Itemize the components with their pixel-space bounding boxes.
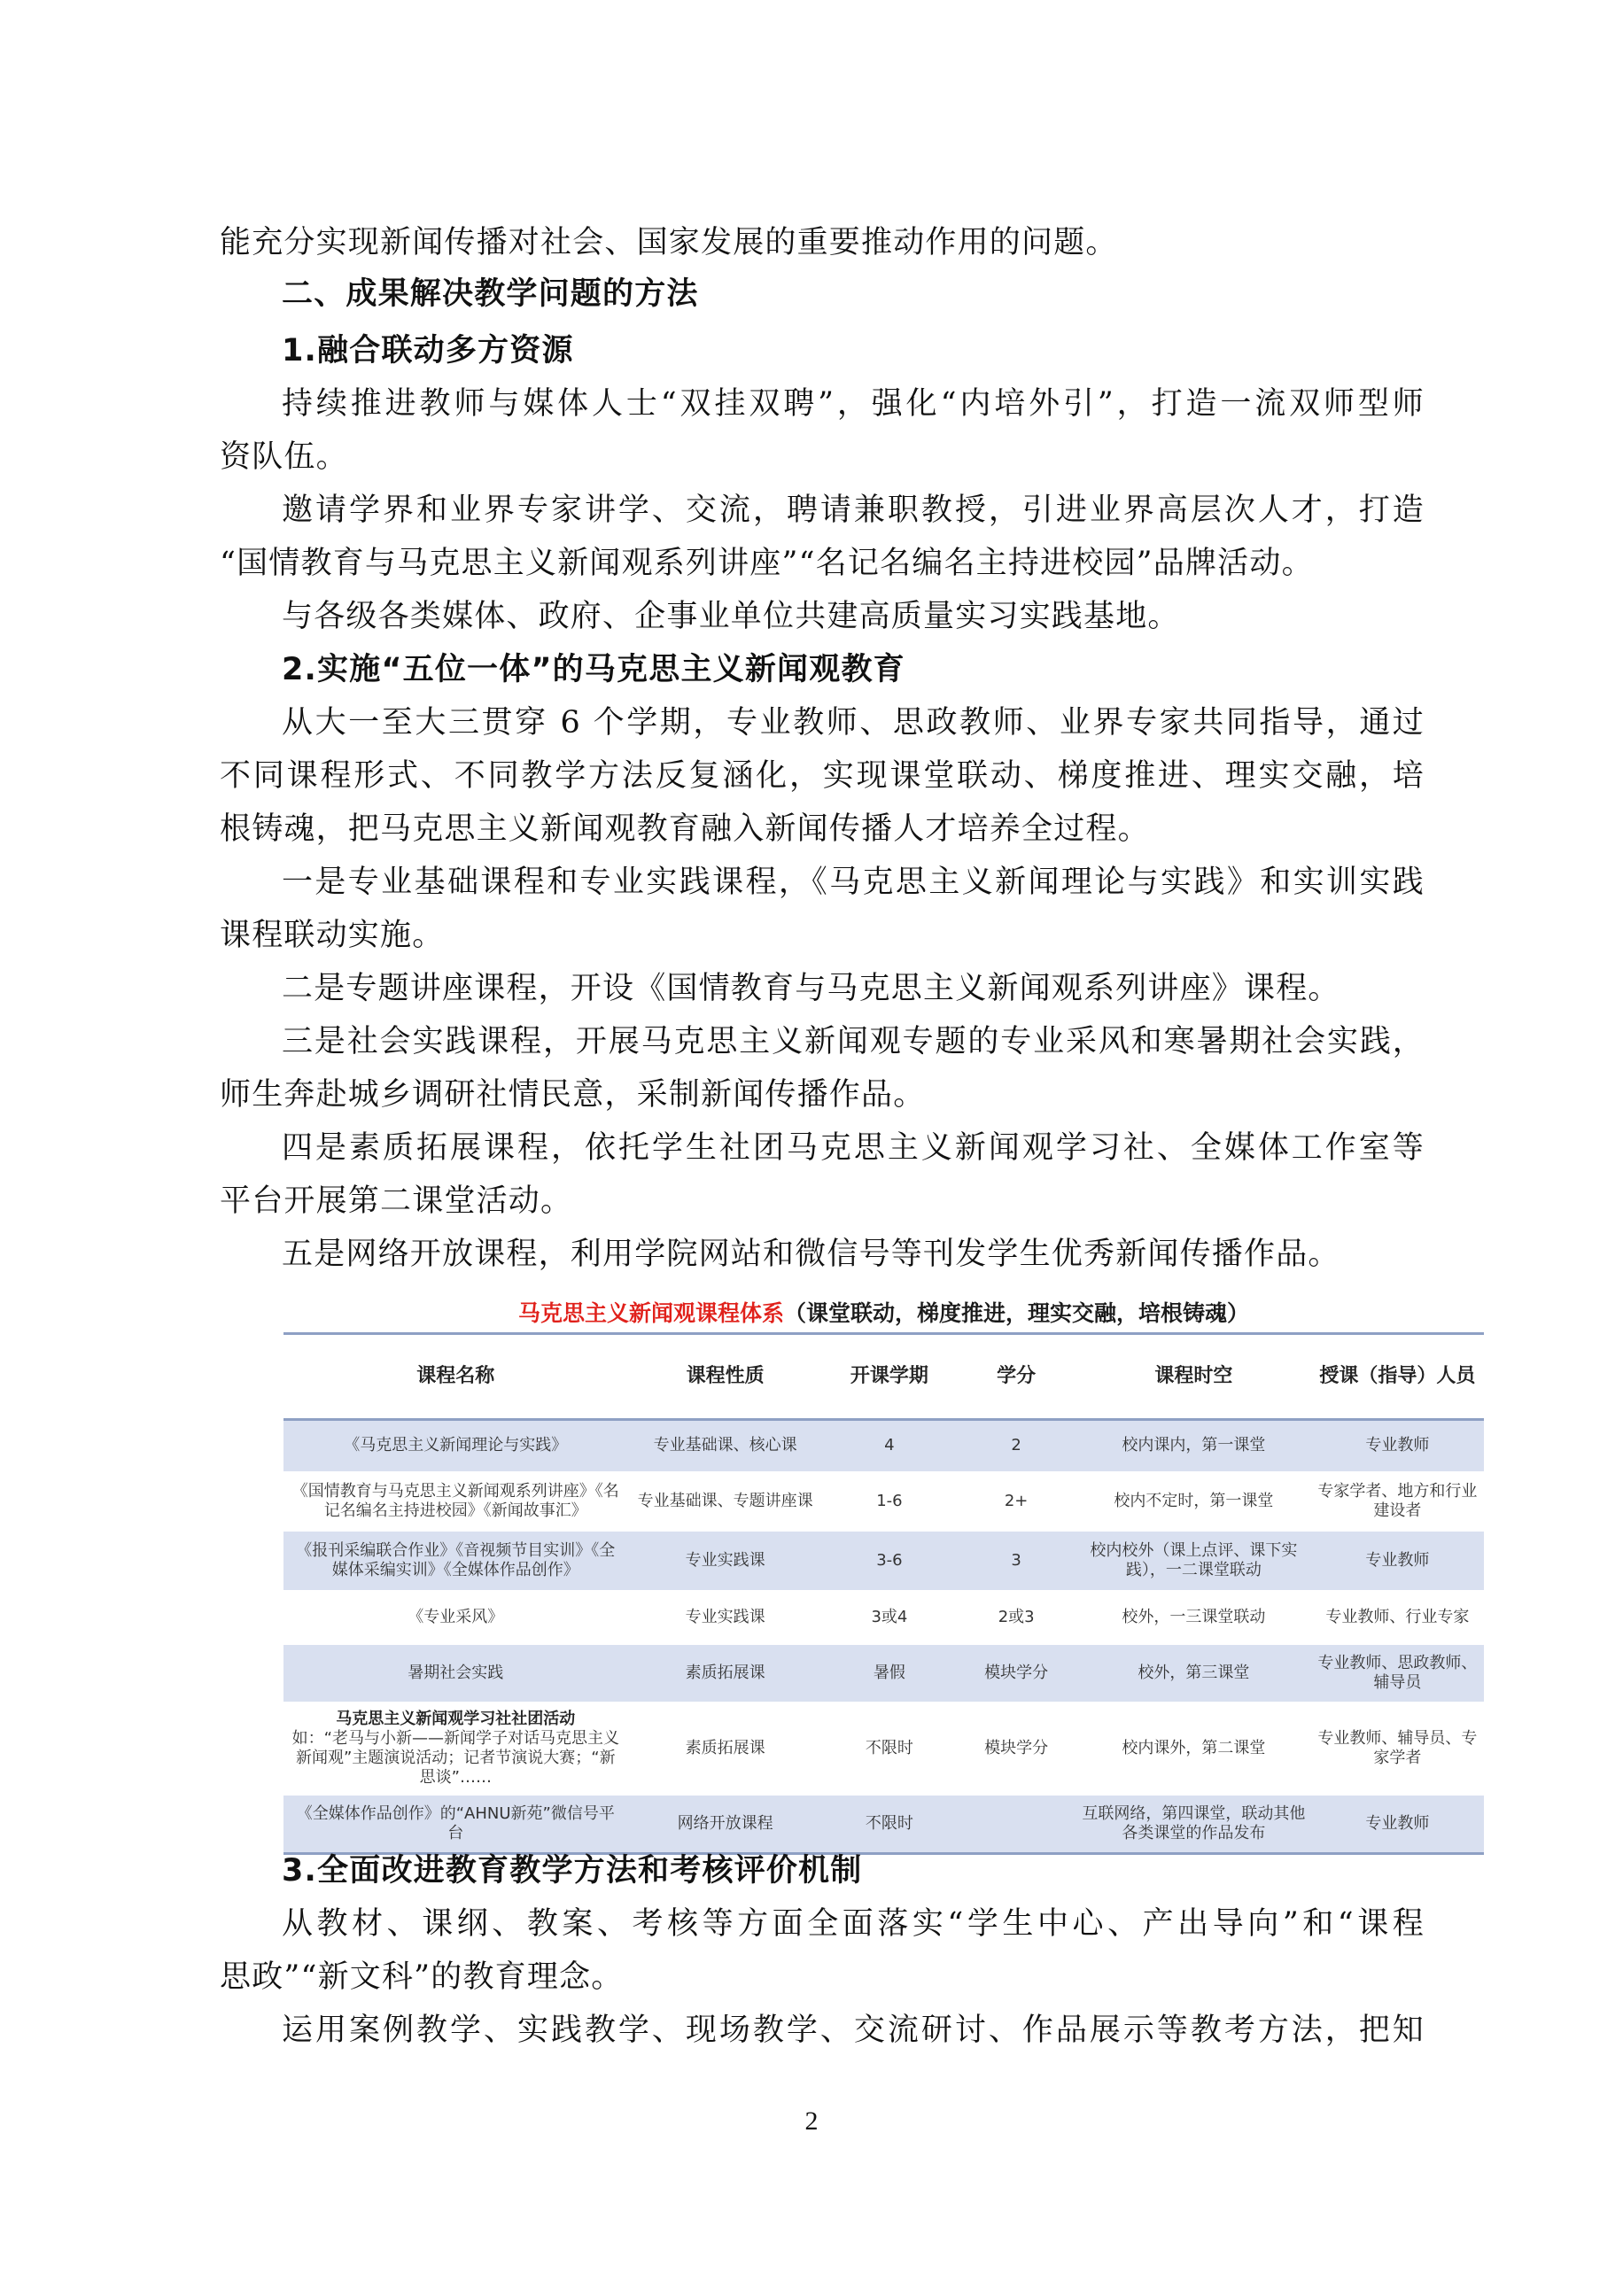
section-heading: 二、成果解决教学问题的方法 bbox=[282, 276, 699, 312]
cell-term: 1-6 bbox=[823, 1471, 957, 1532]
cell-staff: 专家学者、地方和行业建设者 bbox=[1311, 1471, 1484, 1532]
cell-staff: 专业教师 bbox=[1311, 1796, 1484, 1854]
section-heading: 2.实施“五位一体”的马克思主义新闻观教育 bbox=[282, 652, 905, 687]
cell-name: 《报刊采编联合作业》《音视频节目实训》《全媒体采编实训》《全媒体作品创作》 bbox=[283, 1532, 628, 1590]
paragraph-line: 课程联动实施。 bbox=[220, 918, 444, 953]
paragraph-line: 一是专业基础课程和专业实践课程，《马克思主义新闻理论与实践》和实训实践 bbox=[282, 865, 1425, 900]
cell-credit: 3 bbox=[956, 1532, 1076, 1590]
cell-name: 《国情教育与马克思主义新闻观系列讲座》《名记名编名主持进校园》《新闻故事汇》 bbox=[283, 1471, 628, 1532]
paragraph-line: 不同课程形式、不同教学方法反复涵化，实现课堂联动、梯度推进、理实交融，培 bbox=[220, 758, 1425, 794]
header-credit: 学分 bbox=[956, 1334, 1076, 1420]
cell-credit: 2+ bbox=[956, 1471, 1076, 1532]
header-term: 开课学期 bbox=[823, 1334, 957, 1420]
cell-term: 3或4 bbox=[823, 1590, 957, 1645]
section-heading: 1.融合联动多方资源 bbox=[282, 333, 574, 368]
cell-staff: 专业教师、思政教师、辅导员 bbox=[1311, 1645, 1484, 1702]
cell-name: 马克思主义新闻观学习社社团活动如：“老马与小新——新闻学子对话马克思主义新闻观”… bbox=[283, 1702, 628, 1796]
paragraph-line: 与各级各类媒体、政府、企事业单位共建高质量实习实践基地。 bbox=[282, 599, 1180, 634]
table-row: 《全媒体作品创作》的“AHNU新苑”微信号平台网络开放课程不限时互联网络，第四课… bbox=[283, 1796, 1484, 1854]
table-title-main: 马克思主义新闻观课程体系 bbox=[518, 1300, 784, 1326]
cell-credit bbox=[956, 1796, 1076, 1854]
cell-credit: 2或3 bbox=[956, 1590, 1076, 1645]
paragraph-line: 五是网络开放课程，利用学院网站和微信号等刊发学生优秀新闻传播作品。 bbox=[282, 1237, 1340, 1272]
cell-space: 校外，一三课堂联动 bbox=[1076, 1590, 1311, 1645]
table-row: 《马克思主义新闻理论与实践》专业基础课、核心课42校内课内，第一课堂专业教师 bbox=[283, 1420, 1484, 1471]
cell-space: 互联网络，第四课堂，联动其他各类课堂的作品发布 bbox=[1076, 1796, 1311, 1854]
header-staff: 授课（指导）人员 bbox=[1311, 1334, 1484, 1420]
table-header-row: 课程名称 课程性质 开课学期 学分 课程时空 授课（指导）人员 bbox=[283, 1334, 1484, 1420]
paragraph-line: 平台开展第二课堂活动。 bbox=[220, 1183, 572, 1219]
cell-nature: 网络开放课程 bbox=[628, 1796, 823, 1854]
table-row: 暑期社会实践素质拓展课暑假模块学分校外，第三课堂专业教师、思政教师、辅导员 bbox=[283, 1645, 1484, 1702]
table-row: 《国情教育与马克思主义新闻观系列讲座》《名记名编名主持进校园》《新闻故事汇》专业… bbox=[283, 1471, 1484, 1532]
paragraph-line: 能充分实现新闻传播对社会、国家发展的重要推动作用的问题。 bbox=[220, 225, 1118, 260]
table-row: 《报刊采编联合作业》《音视频节目实训》《全媒体采编实训》《全媒体作品创作》专业实… bbox=[283, 1532, 1484, 1590]
cell-space: 校内课内，第一课堂 bbox=[1076, 1420, 1311, 1471]
document-page: 能充分实现新闻传播对社会、国家发展的重要推动作用的问题。二、成果解决教学问题的方… bbox=[0, 0, 1623, 2296]
cell-nature: 专业实践课 bbox=[628, 1532, 823, 1590]
paragraph-line: 思政”“新文科”的教育理念。 bbox=[220, 1959, 623, 1995]
cell-staff: 专业教师 bbox=[1311, 1532, 1484, 1590]
paragraph-line: 二是专题讲座课程，开设《国情教育与马克思主义新闻观系列讲座》课程。 bbox=[282, 971, 1340, 1006]
header-course-name: 课程名称 bbox=[283, 1334, 628, 1420]
cell-credit: 模块学分 bbox=[956, 1702, 1076, 1796]
course-system-table-figure: 马克思主义新闻观课程体系（课堂联动，梯度推进，理实交融，培根铸魂） 课程名称 课… bbox=[283, 1295, 1484, 1855]
table-row: 马克思主义新闻观学习社社团活动如：“老马与小新——新闻学子对话马克思主义新闻观”… bbox=[283, 1702, 1484, 1796]
cell-name-bold: 马克思主义新闻观学习社社团活动 bbox=[289, 1710, 623, 1729]
cell-nature: 素质拓展课 bbox=[628, 1645, 823, 1702]
section-heading: 3.全面改进教育教学方法和考核评价机制 bbox=[282, 1853, 862, 1889]
cell-name: 暑期社会实践 bbox=[283, 1645, 628, 1702]
course-system-table: 课程名称 课程性质 开课学期 学分 课程时空 授课（指导）人员 《马克思主义新闻… bbox=[283, 1332, 1484, 1855]
table-row: 《专业采风》专业实践课3或42或3校外，一三课堂联动专业教师、行业专家 bbox=[283, 1590, 1484, 1645]
cell-name: 《马克思主义新闻理论与实践》 bbox=[283, 1420, 628, 1471]
paragraph-line: 运用案例教学、实践教学、现场教学、交流研讨、作品展示等教考方法，把知 bbox=[282, 2013, 1425, 2048]
paragraph-line: 资队伍。 bbox=[220, 439, 348, 475]
cell-space: 校内校外（课上点评、课下实践），一二课堂联动 bbox=[1076, 1532, 1311, 1590]
cell-name-detail: 如：“老马与小新——新闻学子对话马克思主义新闻观”主题演说活动；记者节演说大赛；… bbox=[289, 1729, 623, 1788]
header-time-space: 课程时空 bbox=[1076, 1334, 1311, 1420]
cell-term: 暑假 bbox=[823, 1645, 957, 1702]
cell-space: 校内不定时，第一课堂 bbox=[1076, 1471, 1311, 1532]
paragraph-line: 四是素质拓展课程，依托学生社团马克思主义新闻观学习社、全媒体工作室等 bbox=[282, 1130, 1425, 1166]
cell-name: 《全媒体作品创作》的“AHNU新苑”微信号平台 bbox=[283, 1796, 628, 1854]
cell-staff: 专业教师 bbox=[1311, 1420, 1484, 1471]
cell-term: 不限时 bbox=[823, 1702, 957, 1796]
paragraph-line: 师生奔赴城乡调研社情民意，采制新闻传播作品。 bbox=[220, 1077, 925, 1113]
cell-nature: 专业实践课 bbox=[628, 1590, 823, 1645]
cell-space: 校内课外，第二课堂 bbox=[1076, 1702, 1311, 1796]
cell-nature: 专业基础课、专题讲座课 bbox=[628, 1471, 823, 1532]
cell-credit: 2 bbox=[956, 1420, 1076, 1471]
cell-term: 3-6 bbox=[823, 1532, 957, 1590]
paragraph-line: 从大一至大三贯穿 6 个学期，专业教师、思政教师、业界专家共同指导，通过 bbox=[282, 705, 1425, 741]
cell-nature: 素质拓展课 bbox=[628, 1702, 823, 1796]
table-title-subtitle: （课堂联动，梯度推进，理实交融，培根铸魂） bbox=[784, 1300, 1249, 1326]
paragraph-line: 邀请学界和业界专家讲学、交流，聘请兼职教授，引进业界高层次人才，打造 bbox=[282, 493, 1425, 528]
cell-credit: 模块学分 bbox=[956, 1645, 1076, 1702]
cell-name: 《专业采风》 bbox=[283, 1590, 628, 1645]
paragraph-line: 从教材、课纲、教案、考核等方面全面落实“学生中心、产出导向”和“课程 bbox=[282, 1906, 1425, 1942]
paragraph-line: 根铸魂，把马克思主义新闻观教育融入新闻传播人才培养全过程。 bbox=[220, 811, 1150, 847]
paragraph-line: 持续推进教师与媒体人士“双挂双聘”，强化“内培外引”，打造一流双师型师 bbox=[282, 386, 1425, 422]
cell-staff: 专业教师、行业专家 bbox=[1311, 1590, 1484, 1645]
paragraph-line: 三是社会实践课程，开展马克思主义新闻观专题的专业采风和寒暑期社会实践， bbox=[282, 1024, 1425, 1059]
cell-staff: 专业教师、辅导员、专家学者 bbox=[1311, 1702, 1484, 1796]
cell-term: 4 bbox=[823, 1420, 957, 1471]
cell-nature: 专业基础课、核心课 bbox=[628, 1420, 823, 1471]
page-number: 2 bbox=[0, 2106, 1623, 2137]
cell-space: 校外，第三课堂 bbox=[1076, 1645, 1311, 1702]
table-title: 马克思主义新闻观课程体系（课堂联动，梯度推进，理实交融，培根铸魂） bbox=[283, 1295, 1484, 1332]
header-course-nature: 课程性质 bbox=[628, 1334, 823, 1420]
paragraph-line: “国情教育与马克思主义新闻观系列讲座”“名记名编名主持进校园”品牌活动。 bbox=[220, 546, 1314, 581]
cell-term: 不限时 bbox=[823, 1796, 957, 1854]
